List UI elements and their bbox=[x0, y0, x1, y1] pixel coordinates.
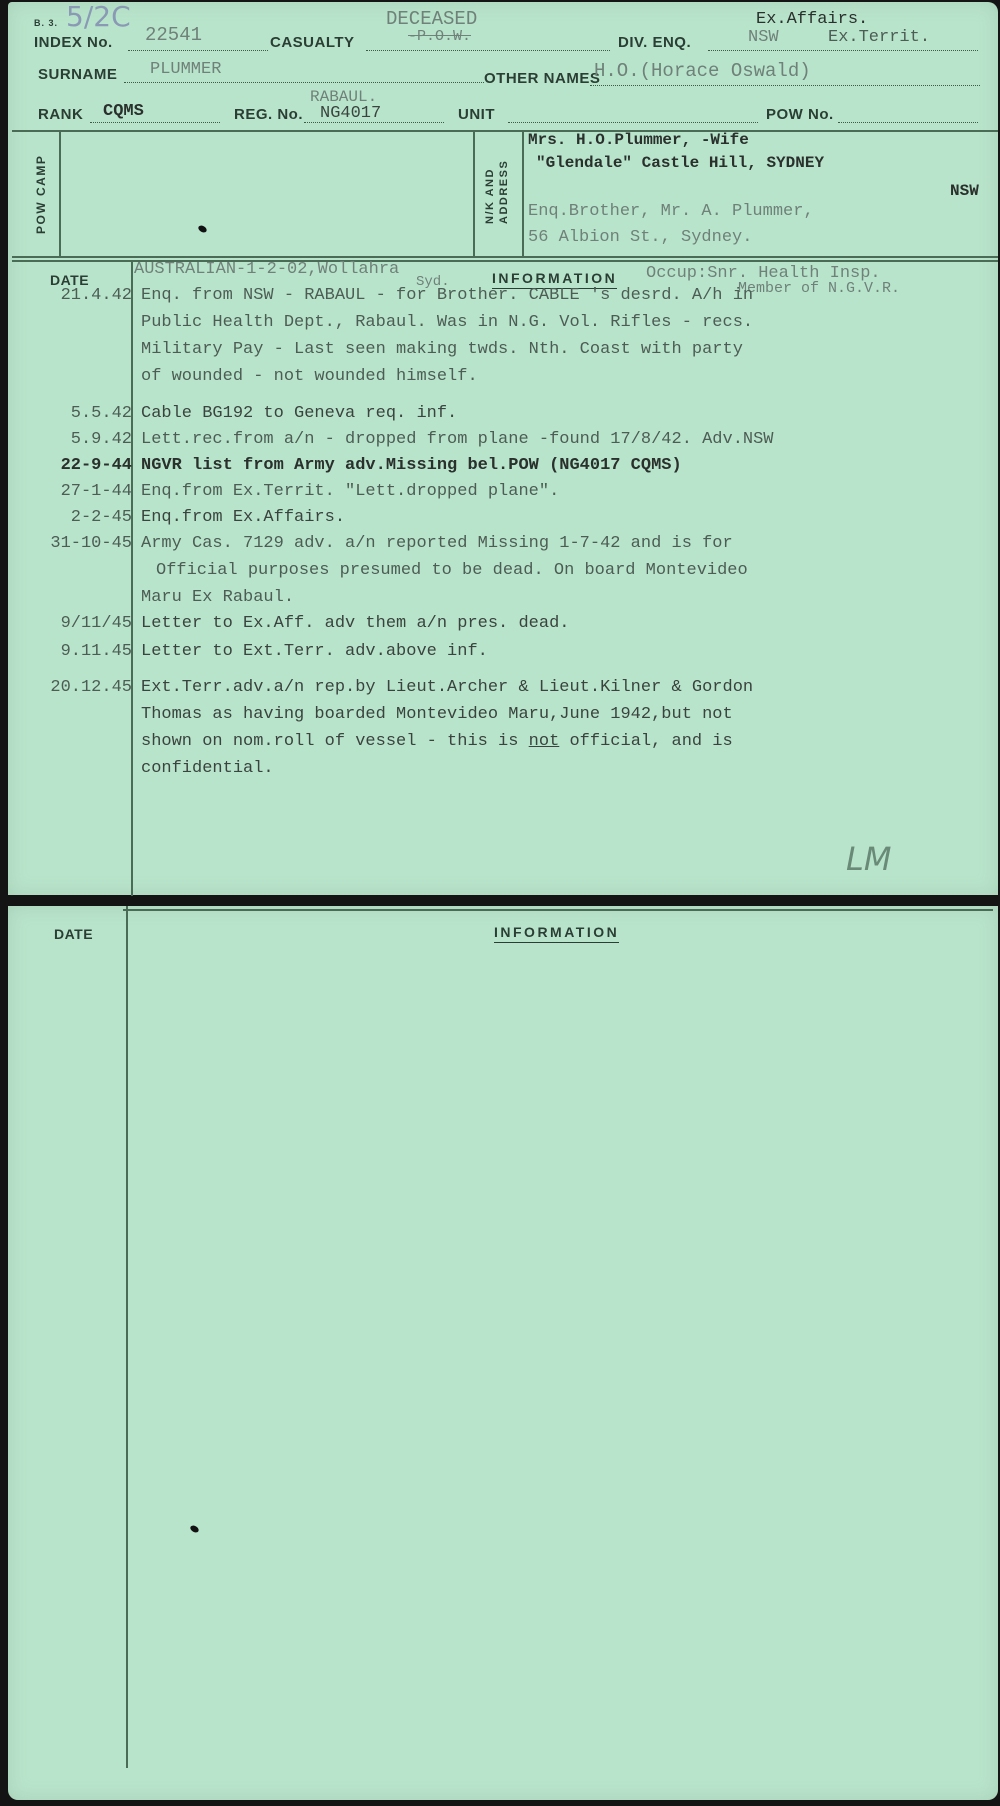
entry-text: Maru Ex Rabaul. bbox=[141, 588, 294, 607]
entry-text-part: shown on nom.roll of vessel - this is bbox=[141, 732, 529, 751]
nok-line: NSW bbox=[950, 182, 979, 200]
entry-text-emphasis: not bbox=[529, 732, 560, 751]
entry-text: Army Cas. 7129 adv. a/n reported Missing… bbox=[141, 534, 733, 553]
entry-date: 20.12.45 bbox=[8, 678, 132, 697]
reg-no-label: REG. No. bbox=[234, 106, 303, 123]
other-names-label: OTHER NAMES bbox=[484, 70, 600, 87]
casualty-line bbox=[366, 50, 610, 51]
index-no-label: INDEX No. bbox=[34, 34, 113, 51]
rank-line bbox=[90, 122, 220, 123]
entry-text: Enq.from Ex.Territ. "Lett.dropped plane"… bbox=[141, 482, 559, 501]
div-enq-value-affairs: Ex.Affairs. bbox=[756, 10, 868, 29]
rule bbox=[126, 906, 128, 1768]
div-enq-label: DIV. ENQ. bbox=[618, 34, 691, 51]
entry-date: 2-2-45 bbox=[8, 508, 132, 527]
rule bbox=[131, 260, 133, 896]
div-enq-line bbox=[708, 50, 978, 51]
handwritten-initials: LM bbox=[846, 840, 891, 878]
entry-date: 5.9.42 bbox=[8, 430, 132, 449]
entry-text: Military Pay - Last seen making twds. Nt… bbox=[141, 340, 743, 359]
entry-date: 21.4.42 bbox=[8, 286, 132, 305]
surname-value: PLUMMER bbox=[150, 60, 221, 79]
unit-label: UNIT bbox=[458, 106, 495, 123]
surname-line bbox=[124, 82, 484, 83]
rank-label: RANK bbox=[38, 106, 83, 123]
pow-no-label: POW No. bbox=[766, 106, 834, 123]
entry-text: Official purposes presumed to be dead. O… bbox=[156, 561, 748, 580]
entry-text: Lett.rec.from a/n - dropped from plane -… bbox=[141, 430, 774, 449]
rank-value: CQMS bbox=[103, 102, 144, 121]
handwritten-ref: 5/2C bbox=[66, 0, 131, 33]
entry-date: 27-1-44 bbox=[8, 482, 132, 501]
entry-text: Letter to Ex.Aff. adv them a/n pres. dea… bbox=[141, 614, 569, 633]
form-code: B. 3. bbox=[34, 18, 58, 28]
entry-text: Enq.from Ex.Affairs. bbox=[141, 508, 345, 527]
rule bbox=[12, 256, 998, 258]
other-names-line bbox=[590, 85, 980, 86]
rule bbox=[12, 130, 998, 132]
rule bbox=[59, 130, 61, 256]
entry-text: Public Health Dept., Rabaul. Was in N.G.… bbox=[141, 313, 753, 332]
div-enq-value-territ: Ex.Territ. bbox=[828, 28, 930, 47]
nok-line: 56 Albion St., Sydney. bbox=[528, 228, 752, 247]
nok-line: Mrs. H.O.Plummer, -Wife bbox=[528, 131, 749, 149]
nok-line: "Glendale" Castle Hill, SYDNEY bbox=[536, 154, 824, 172]
other-names-value: H.O.(Horace Oswald) bbox=[594, 60, 811, 82]
entry-text: Enq. from NSW - RABAUL - for Brother. CA… bbox=[141, 286, 753, 305]
entry-text: Ext.Terr.adv.a/n rep.by Lieut.Archer & L… bbox=[141, 678, 753, 697]
index-no-value: 22541 bbox=[145, 24, 202, 46]
header-note-member: Member of N.G.V.R. bbox=[738, 280, 900, 297]
nok-label-1: N/K AND bbox=[484, 168, 496, 224]
entry-date: 5.5.42 bbox=[8, 404, 132, 423]
ink-blot bbox=[197, 224, 208, 234]
header-note-left: AUSTRALIAN-1-2-02,Wollahra bbox=[134, 260, 399, 279]
rule bbox=[123, 909, 993, 911]
information-header: INFORMATION bbox=[494, 924, 619, 943]
unit-line bbox=[508, 122, 758, 123]
rule bbox=[473, 130, 475, 256]
entry-text-part: official, and is bbox=[559, 732, 732, 751]
entry-text: NGVR list from Army adv.Missing bel.POW … bbox=[141, 456, 682, 475]
div-enq-value-nsw: NSW bbox=[748, 28, 779, 47]
rule bbox=[522, 130, 524, 256]
entry-date: 22-9-44 bbox=[8, 456, 132, 475]
nok-label-2: ADDRESS bbox=[498, 160, 510, 224]
casualty-struck-value: -P.O.W. bbox=[408, 28, 471, 45]
record-card-back: DATE INFORMATION bbox=[8, 906, 998, 1800]
surname-label: SURNAME bbox=[38, 66, 117, 83]
entry-text: of wounded - not wounded himself. bbox=[141, 367, 478, 386]
reg-no-value: NG4017 bbox=[320, 104, 381, 123]
pow-camp-label: POW CAMP bbox=[34, 155, 48, 234]
entry-date: 31-10-45 bbox=[8, 534, 132, 553]
casualty-value: DECEASED bbox=[386, 8, 477, 30]
entry-text: confidential. bbox=[141, 759, 274, 778]
ink-blot bbox=[189, 1524, 200, 1534]
entry-text: Letter to Ext.Terr. adv.above inf. bbox=[141, 642, 488, 661]
pow-no-line bbox=[838, 122, 978, 123]
nok-line: Enq.Brother, Mr. A. Plummer, bbox=[528, 202, 814, 221]
date-header: DATE bbox=[54, 926, 93, 942]
index-no-line bbox=[128, 50, 268, 51]
entry-date: 9/11/45 bbox=[8, 614, 132, 633]
entry-text: Thomas as having boarded Montevideo Maru… bbox=[141, 705, 733, 724]
entry-date: 9.11.45 bbox=[8, 642, 132, 661]
record-card-front: B. 3. 5/2C INDEX No. 22541 CASUALTY DECE… bbox=[8, 2, 998, 895]
entry-text: Cable BG192 to Geneva req. inf. bbox=[141, 404, 457, 423]
casualty-label: CASUALTY bbox=[270, 34, 355, 51]
entry-text: shown on nom.roll of vessel - this is no… bbox=[141, 732, 733, 751]
